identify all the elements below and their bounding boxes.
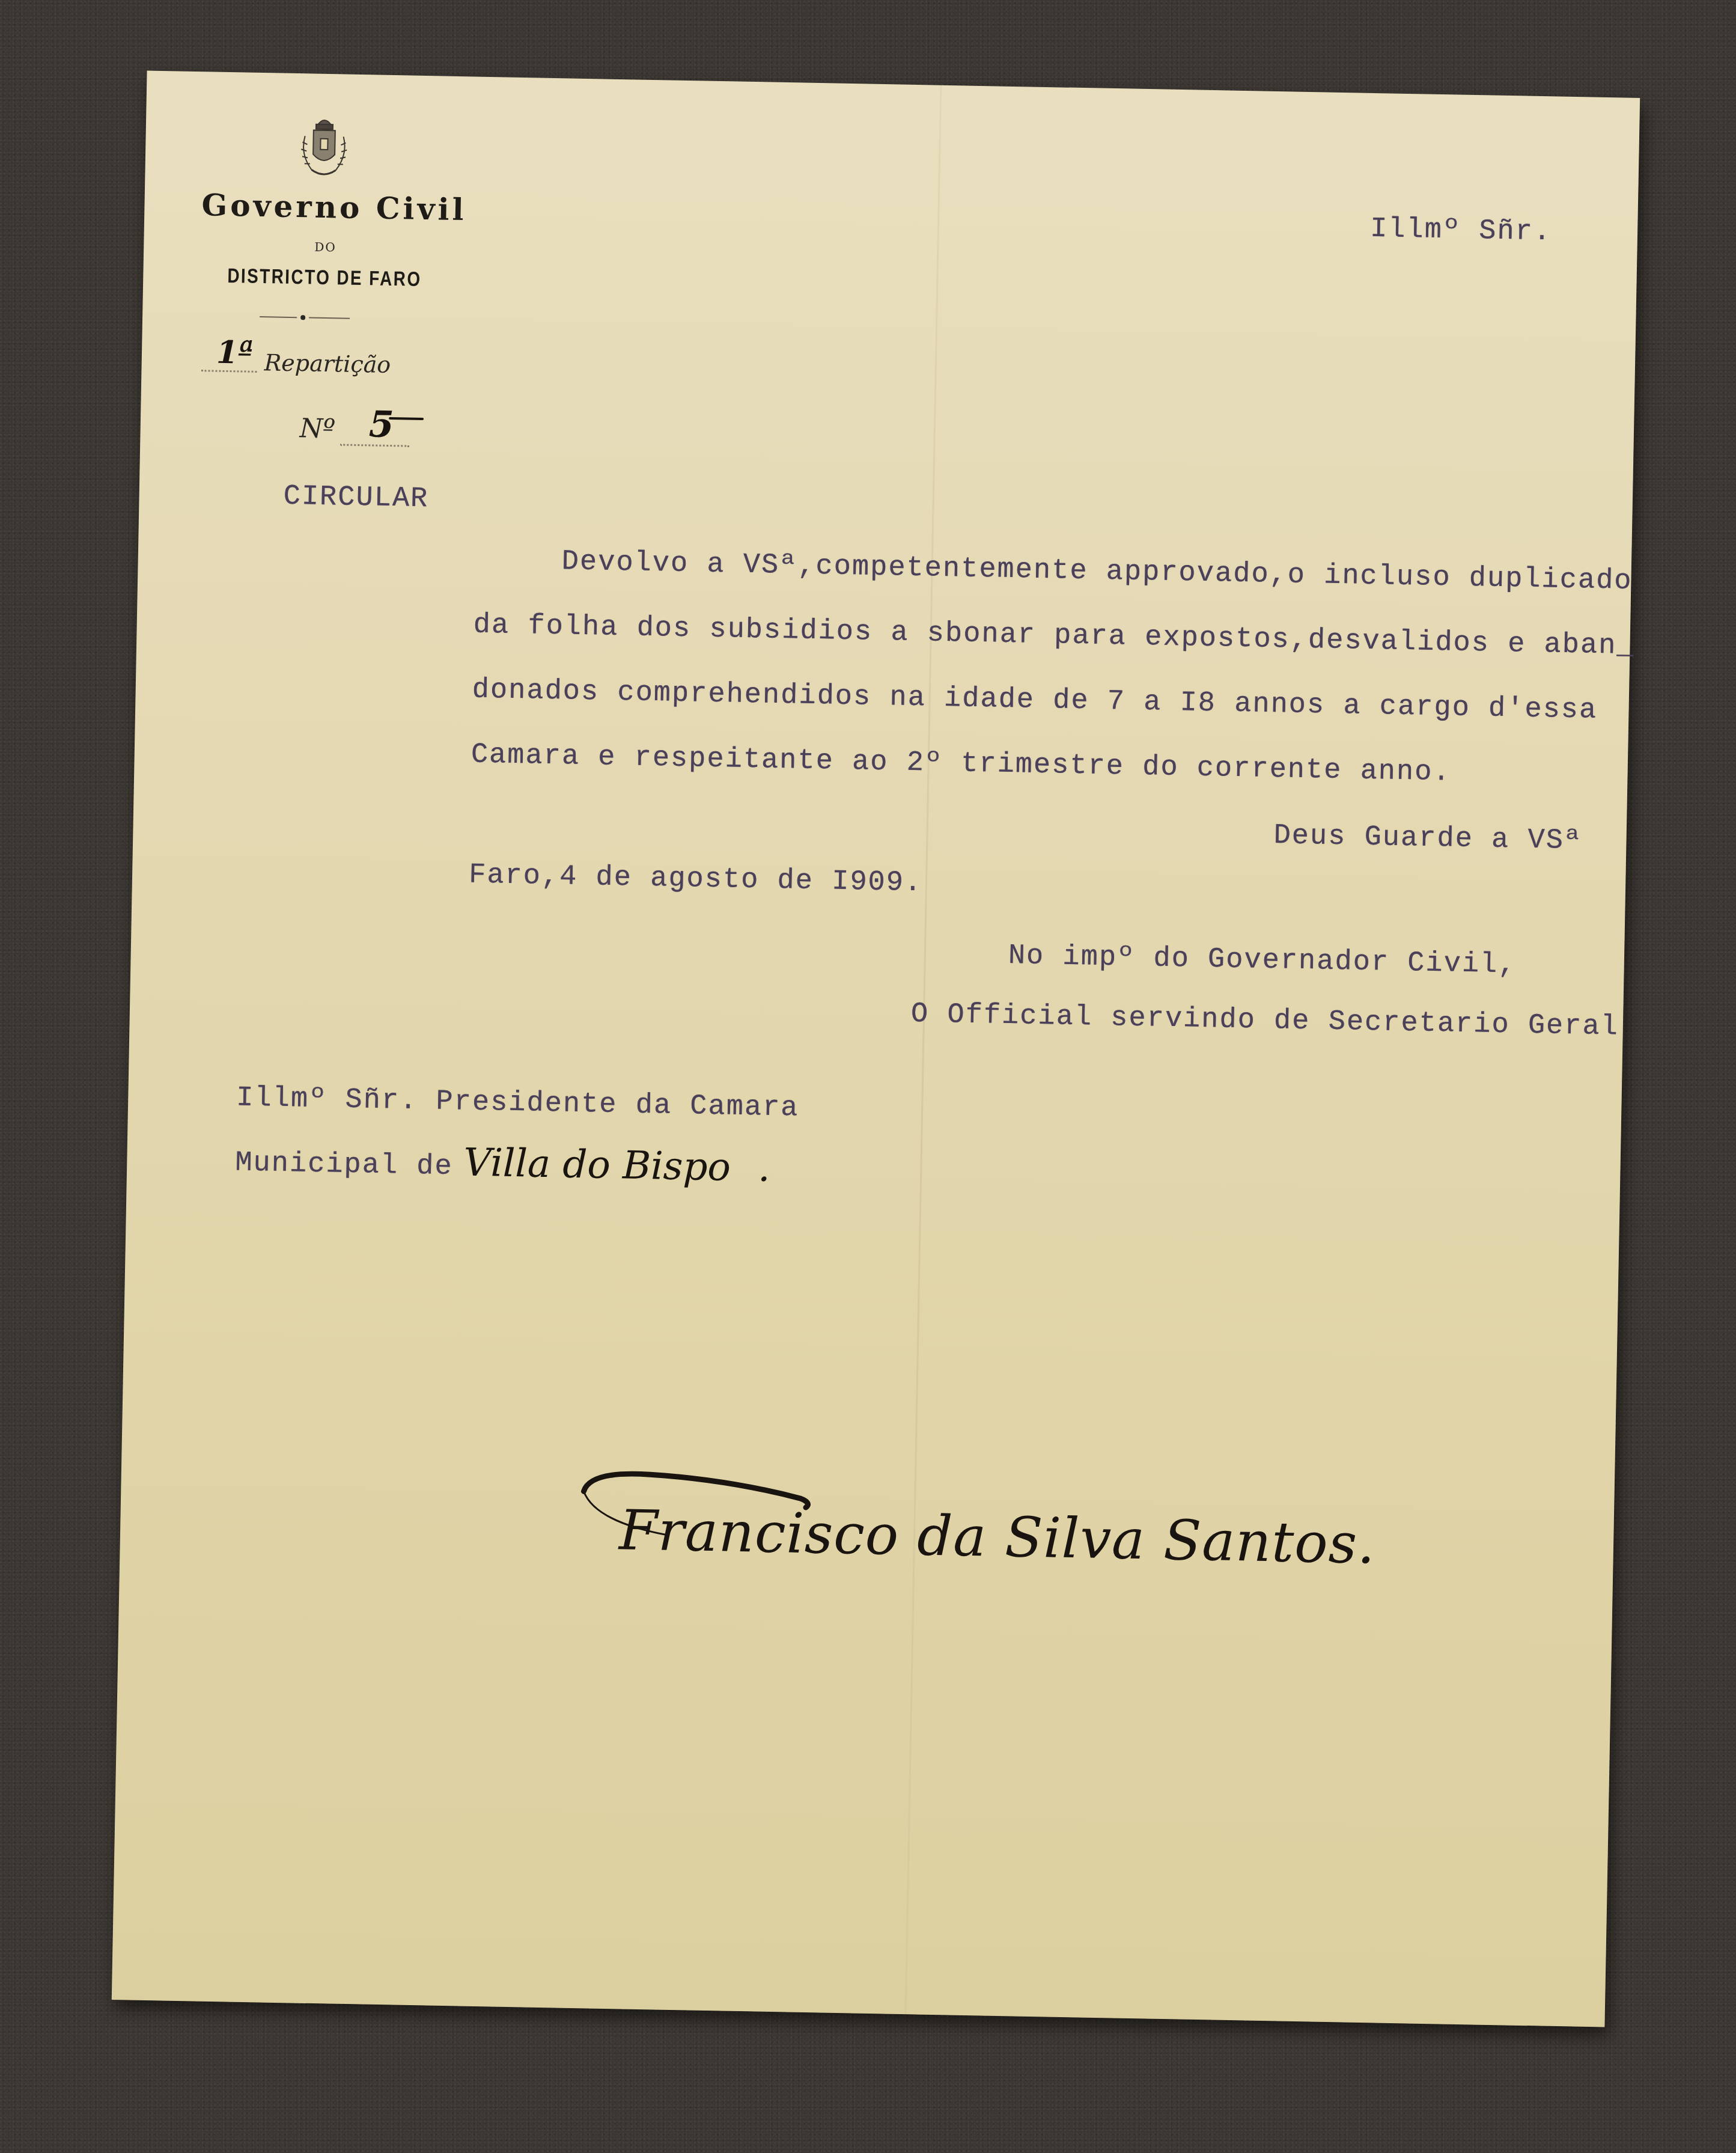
- body-line-4: Camara e respeitante ao 2º trimestre do …: [471, 739, 1451, 789]
- signature-block-line-2: O Official servindo de Secretario Geral: [911, 998, 1619, 1043]
- addressee-period: .: [758, 1146, 771, 1190]
- letterhead-connector: DO: [314, 240, 337, 255]
- document-paper: Governo Civil DO DISTRICTO DE FARO 1ª Re…: [112, 71, 1640, 2027]
- department-row: 1ª Repartição: [201, 330, 400, 382]
- closing: Deus Guarde a VSª: [1273, 820, 1582, 857]
- signature: Francisco da Silva Santos.: [618, 1498, 1376, 1576]
- coat-of-arms-icon: [293, 112, 355, 184]
- department-number: 1ª: [216, 334, 254, 371]
- addressee-line-1: Illmº Sñr. Presidente da Camara: [236, 1083, 799, 1125]
- number-value: 5: [368, 403, 394, 446]
- letterhead-district: DISTRICTO DE FARO: [227, 264, 422, 292]
- body-line-2: da folha dos subsidios a sbonar para exp…: [473, 609, 1635, 662]
- salutation: Illmº Sñr.: [1370, 213, 1552, 249]
- number-label: Nº: [299, 413, 335, 444]
- body-line-3: donados comprehendidos na idade de 7 a I…: [472, 674, 1597, 727]
- addressee-line-2: Municipal de Villa do Bispo .: [235, 1137, 957, 1204]
- ornament-divider: [260, 313, 350, 322]
- department-label: Repartição: [264, 349, 391, 378]
- place-date: Faro,4 de agosto de I909.: [469, 860, 923, 900]
- number-row: Nº 5: [299, 407, 456, 458]
- addressee-municipality-handwritten: Villa do Bispo: [463, 1140, 731, 1189]
- body-line-1: Devolvo a VSª,competentemente approvado,…: [561, 546, 1633, 597]
- letterhead-title: Governo Civil: [201, 187, 467, 227]
- document-type: CIRCULAR: [283, 481, 429, 515]
- addressee-prefix: Municipal de: [235, 1147, 453, 1183]
- signature-block-line-1: No impº do Governador Civil,: [1008, 940, 1517, 981]
